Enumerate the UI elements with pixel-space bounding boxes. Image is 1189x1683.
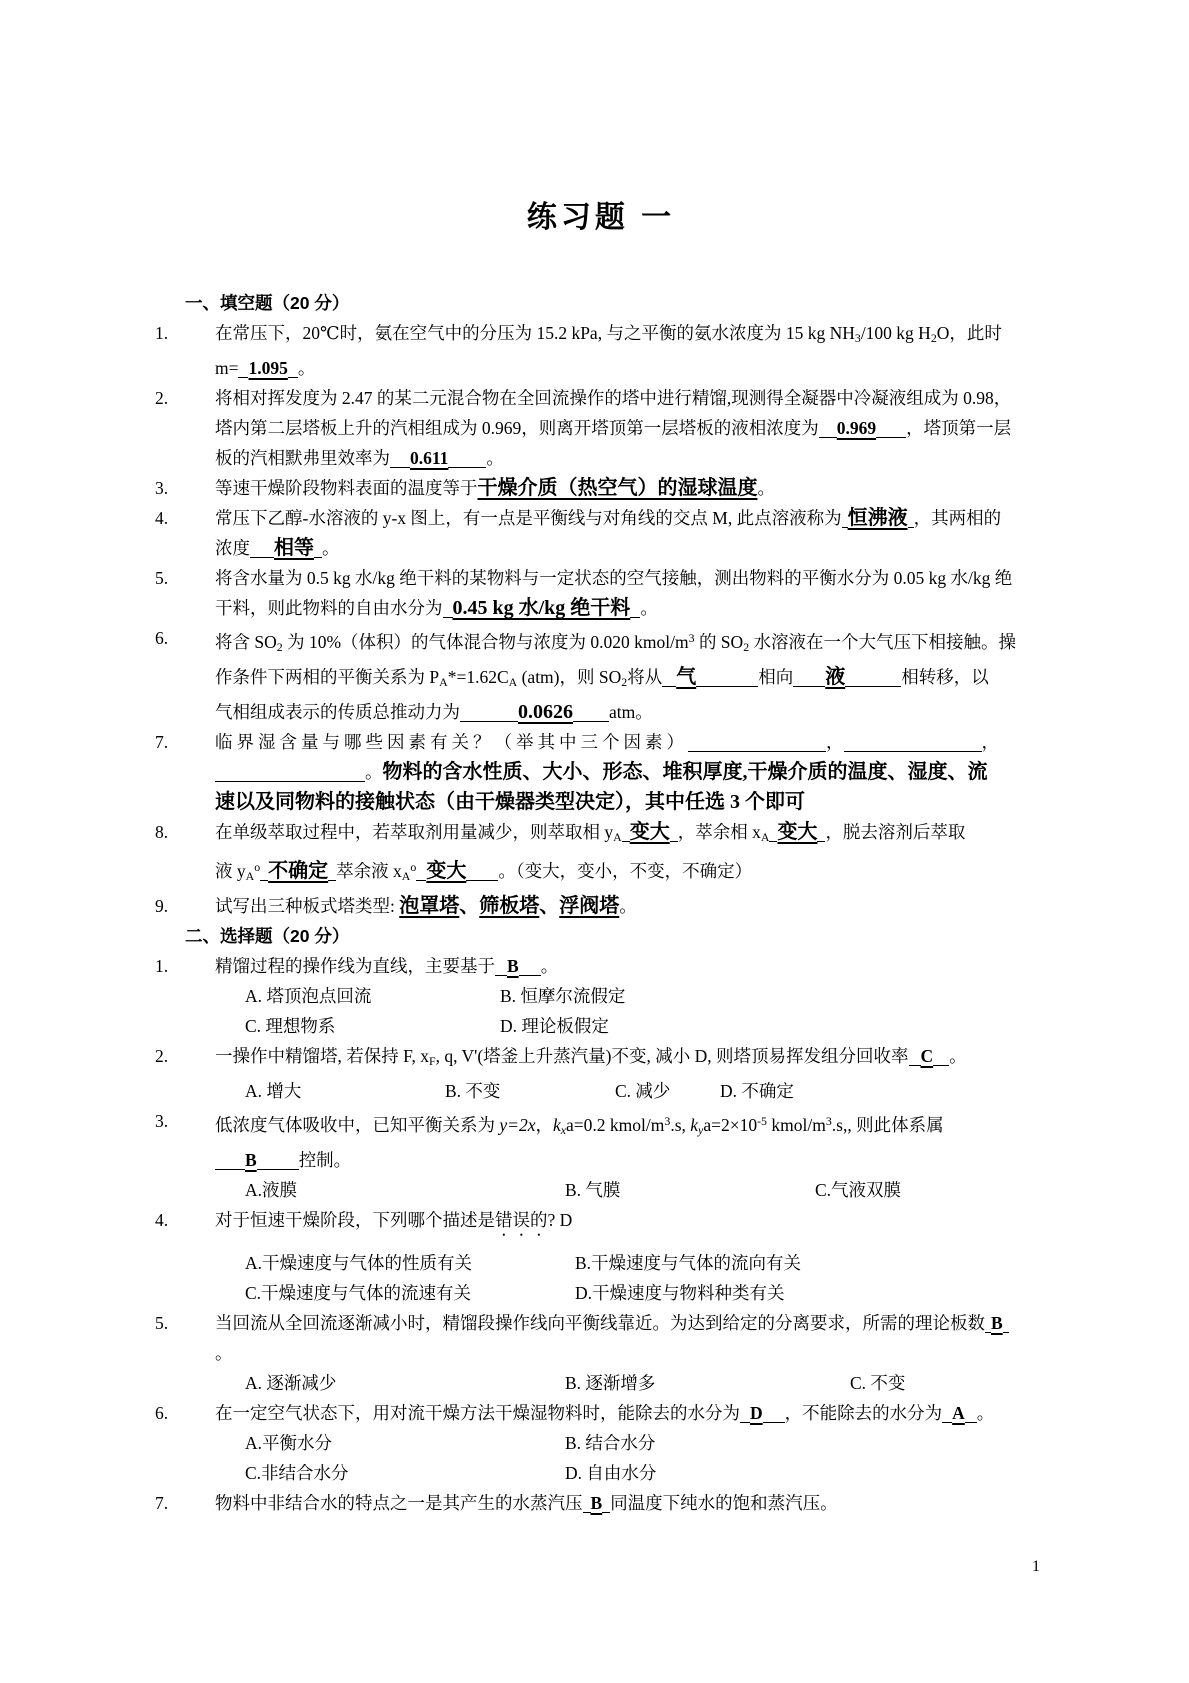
blank-line: [460, 703, 518, 722]
text-segment: 控制。: [299, 1150, 352, 1170]
text-line: 液 yAo不确定萃余液 xAo变大。（变大，变小，不变，不确定）: [215, 852, 1017, 891]
blank-line: [238, 359, 248, 378]
text-segment: 。: [977, 1403, 995, 1423]
option-item: B.干燥速度与气体的流向有关: [575, 1248, 801, 1278]
option-item: D. 理论板假定: [500, 1011, 609, 1041]
blank-line: [416, 862, 426, 881]
text-segment: 浓度: [215, 538, 250, 558]
blank-line: [845, 668, 901, 687]
question-number: 5.: [155, 563, 168, 593]
text-segment: 为 10%（体积）的气体混合物与浓度为 0.020 kmol/m: [283, 632, 689, 652]
text-segment: 速以及同物料的接触状态（由干燥器类型决定），其中任选 3 个即可: [215, 791, 805, 813]
text-segment: 错误的: [495, 1210, 548, 1230]
question-choice-4: 4.对于恒速干燥阶段，下列哪个描述是错误的? DA.干燥速度与气体的性质有关B.…: [185, 1205, 1017, 1308]
question-fill-4: 4.常压下乙醇-水溶液的 y-x 图上，有一点是平衡线与对角线的交点 M, 此点…: [185, 503, 1017, 563]
text-segment: ，萃余相 x: [678, 822, 761, 842]
answer-text: 液: [825, 666, 845, 688]
answer-text: B: [991, 1313, 1003, 1333]
question-choice-2: 2.一操作中精馏塔, 若保持 F, xF, q, V'(塔釜上升蒸汽量)不变, …: [185, 1041, 1017, 1106]
answer-text: 恒沸液: [848, 507, 908, 529]
blank-line: [328, 862, 336, 881]
text-segment: 的 SO: [695, 632, 744, 652]
option-item: D.干燥速度与物料种类有关: [575, 1278, 785, 1308]
question-number: 8.: [155, 817, 168, 847]
text-segment: /100 kg H: [861, 323, 931, 343]
blank-line: [443, 599, 453, 618]
question-number: 7.: [155, 727, 168, 757]
text-line: 在常压下，20℃时，氨在空气中的分压为 15.2 kPa, 与之平衡的氨水浓度为…: [215, 318, 1017, 353]
text-segment: 水溶液在一个大气压下相接触。操: [749, 632, 1016, 652]
answer-text: B: [245, 1150, 257, 1170]
text-segment: 将含 SO: [215, 632, 277, 652]
text-segment: ，: [535, 1115, 553, 1135]
page: 练习题 一 一、填空题（20 分）1.在常压下，20℃时，氨在空气中的分压为 1…: [0, 0, 1189, 1683]
text-segment: 。: [298, 358, 316, 378]
text-line: 常压下乙醇-水溶液的 y-x 图上，有一点是平衡线与对角线的交点 M, 此点溶液…: [215, 503, 1017, 533]
text-line: A. 增大B. 不变C. 减少D. 不确定: [215, 1076, 1017, 1106]
blank-line: [215, 1151, 245, 1170]
option-item: D. 不确定: [720, 1076, 794, 1106]
answer-text: 0.611: [410, 448, 448, 468]
text-line: 作条件下两相的平衡关系为 PA*=1.62CA (atm)，则 SO2将从气相向…: [215, 662, 1017, 697]
section-heading-choice-header: 二、选择题（20 分）: [185, 921, 1017, 951]
text-line: 板的汽相默弗里效率为0.611。: [215, 443, 1017, 473]
option-item: C.干燥速度与气体的流速有关: [245, 1278, 471, 1308]
answer-text: D: [750, 1403, 763, 1423]
text-segment: 干料，则此物料的自由水分为: [215, 598, 443, 618]
text-segment: 一操作中精馏塔, 若保持 F, x: [215, 1046, 429, 1066]
option-item: A.干燥速度与气体的性质有关: [245, 1248, 472, 1278]
question-choice-7: 7.物料中非结合水的特点之一是其产生的水蒸汽压B同温度下纯水的饱和蒸汽压。: [185, 1488, 1017, 1518]
text-line: A.平衡水分B. 结合水分: [215, 1428, 1017, 1458]
text-segment: m=: [215, 358, 238, 378]
blank-line: [696, 668, 758, 687]
text-segment: 精馏过程的操作线为直线，主要基于: [215, 956, 495, 976]
question-number: 4.: [155, 503, 168, 533]
question-number: 3.: [155, 1106, 168, 1136]
text-line: 低浓度气体吸收中，已知平衡关系为 y=2x，kxa=0.2 kmol/m3.s,…: [215, 1106, 1017, 1145]
text-line: 在单级萃取过程中，若萃取剂用量减少，则萃取相 yA变大，萃余相 xA变大，脱去溶…: [215, 817, 1017, 852]
text-line: 对于恒速干燥阶段，下列哪个描述是错误的? D: [215, 1205, 1017, 1240]
question-number: 1.: [155, 951, 168, 981]
text-segment: 。（变大，变小，不变，不确定）: [498, 861, 752, 881]
question-number: 6.: [155, 1398, 168, 1428]
text-segment: 临界湿含量与哪些因素有关？（举其中三个因素）: [215, 732, 688, 752]
text-segment: 。: [758, 478, 776, 498]
text-segment: , q, V'(塔釜上升蒸汽量)不变, 减小 D, 则塔顶易挥发组分回收率: [436, 1046, 909, 1066]
option-item: A. 逐渐减少: [245, 1368, 336, 1398]
page-title: 练习题 一: [185, 192, 1017, 236]
blank-line: [288, 359, 298, 378]
text-line: 在一定空气状态下，用对流干燥方法干燥湿物料时，能除去的水分为D，不能除去的水分为…: [215, 1398, 1017, 1428]
text-segment: 物料中非结合水的特点之一是其产生的水蒸汽压: [215, 1493, 583, 1513]
text-segment: ，不能除去的水分为: [785, 1403, 943, 1423]
blank-line: [390, 449, 410, 468]
text-segment: 气相组成表示的传质总推动力为: [215, 702, 460, 722]
question-choice-5: 5.当回流从全回流逐渐减小时，精馏段操作线向平衡线靠近。为达到给定的分离要求，所…: [185, 1308, 1017, 1398]
option-item: B. 逐渐增多: [565, 1368, 655, 1398]
blank-line: [793, 668, 825, 687]
text-line: A. 逐渐减少B. 逐渐增多C. 不变: [215, 1368, 1017, 1398]
text-line: 等速干燥阶段物料表面的温度等于干燥介质（热空气）的湿球温度。: [215, 473, 1017, 503]
blank-line: [250, 539, 274, 558]
text-segment: 在常压下，20℃时，氨在空气中的分压为 15.2 kPa, 与之平衡的氨水浓度为…: [215, 323, 855, 343]
page-number: 1: [1032, 1558, 1040, 1576]
question-fill-2: 2.将相对挥发度为 2.47 的某二元混合物在全回流操作的塔中进行精馏,现测得全…: [185, 383, 1017, 473]
option-item: B. 气膜: [565, 1175, 620, 1205]
blank-line: [670, 823, 678, 842]
blank-line: [630, 599, 640, 618]
text-segment: ，塔顶第一层: [906, 418, 1011, 438]
text-segment: 等速干燥阶段物料表面的温度等于: [215, 478, 478, 498]
text-line: m=1.095。: [215, 353, 1017, 383]
question-number: 7.: [155, 1488, 168, 1518]
text-segment: k: [690, 1115, 698, 1135]
text-segment: A: [246, 869, 255, 883]
question-number: 9.: [155, 891, 168, 921]
blank-line: [314, 539, 322, 558]
blank-line: [519, 957, 541, 976]
question-fill-3: 3.等速干燥阶段物料表面的温度等于干燥介质（热空气）的湿球温度。: [185, 473, 1017, 503]
text-line: 将含 SO2 为 10%（体积）的气体混合物与浓度为 0.020 kmol/m3…: [215, 623, 1017, 662]
option-item: D. 自由水分: [565, 1458, 656, 1488]
text-line: 临界湿含量与哪些因素有关？（举其中三个因素），，: [215, 727, 1017, 757]
answer-text: 变大: [777, 821, 817, 843]
text-line: C.非结合水分D. 自由水分: [215, 1458, 1017, 1488]
text-segment: 萃余液 x: [336, 861, 402, 881]
text-segment: 板的汽相默弗里效率为: [215, 448, 390, 468]
text-segment: 。: [949, 1046, 967, 1066]
blank-line: [819, 419, 837, 438]
text-segment: 、: [459, 895, 479, 917]
option-item: C.气液双膜: [815, 1175, 901, 1205]
text-segment: 试写出三种板式塔类型:: [215, 896, 399, 916]
answer-text: 不确定: [268, 860, 328, 882]
option-item: C. 不变: [850, 1368, 905, 1398]
answer-text: B: [591, 1493, 603, 1513]
blank-line: [466, 862, 498, 881]
text-segment: *=1.62C: [448, 667, 509, 687]
text-segment: 当回流从全回流逐渐减小时，精馏段操作线向平衡线靠近。为达到给定的分离要求，所需的…: [215, 1313, 985, 1333]
text-segment: -5: [757, 1114, 767, 1128]
text-line: A.液膜B. 气膜C.气液双膜: [215, 1175, 1017, 1205]
text-line: C. 理想物系D. 理论板假定: [215, 1011, 1017, 1041]
text-line: 一操作中精馏塔, 若保持 F, xF, q, V'(塔釜上升蒸汽量)不变, 减小…: [215, 1041, 1017, 1076]
text-segment: ，脱去溶剂后萃取: [825, 822, 965, 842]
answer-text: C: [921, 1046, 934, 1066]
text-segment: ，: [826, 732, 844, 752]
text-segment: kmol/m: [767, 1115, 826, 1135]
text-segment: .s,, 则此体系属: [832, 1115, 944, 1135]
blank-line: [215, 763, 365, 782]
text-segment: y=2x: [499, 1115, 535, 1135]
text-segment: 。: [365, 762, 383, 782]
answer-text: 变大: [426, 860, 466, 882]
text-segment: 相转移，以: [901, 667, 989, 687]
question-fill-9: 9.试写出三种板式塔类型: 泡罩塔、筛板塔、浮阀塔。: [185, 891, 1017, 921]
question-choice-6: 6.在一定空气状态下，用对流干燥方法干燥湿物料时，能除去的水分为D，不能除去的水…: [185, 1398, 1017, 1488]
text-line: 干料，则此物料的自由水分为0.45 kg 水/kg 绝干料。: [215, 593, 1017, 623]
text-segment: a=0.2 kmol/m: [566, 1115, 664, 1135]
text-segment: 。: [541, 956, 559, 976]
section-heading-fill-header: 一、填空题（20 分）: [185, 288, 1017, 318]
answer-text: 变大: [630, 821, 670, 843]
option-item: B. 不变: [445, 1076, 500, 1106]
blank-line: [688, 733, 826, 752]
text-line: 将含水量为 0.5 kg 水/kg 绝干料的某物料与一定状态的空气接触，测出物料…: [215, 563, 1017, 593]
text-segment: 相向: [758, 667, 793, 687]
text-segment: ，其两相的: [914, 508, 1002, 528]
answer-text: 筛板塔: [479, 895, 539, 917]
text-segment: A: [439, 675, 448, 689]
question-number: 3.: [155, 473, 168, 503]
text-line: 浓度相等。: [215, 533, 1017, 563]
question-number: 5.: [155, 1308, 168, 1338]
blank-line: [909, 1047, 921, 1066]
blank-line: [740, 1404, 750, 1423]
text-segment: 在一定空气状态下，用对流干燥方法干燥湿物料时，能除去的水分为: [215, 1403, 740, 1423]
question-number: 6.: [155, 623, 168, 653]
answer-text: 0.45 kg 水/kg 绝干料: [453, 597, 631, 619]
text-segment: A: [613, 830, 622, 844]
option-item: A.平衡水分: [245, 1428, 332, 1458]
blank-line: [965, 1404, 977, 1423]
blank-line: [662, 668, 676, 687]
text-line: C.干燥速度与气体的流速有关D.干燥速度与物料种类有关: [215, 1278, 1017, 1308]
blank-line: [602, 1494, 610, 1513]
blank-line: [583, 1494, 591, 1513]
text-segment: O，此时: [937, 323, 1002, 343]
option-item: A. 塔顶泡点回流: [245, 981, 371, 1011]
text-segment: 同温度下纯水的饱和蒸汽压。: [610, 1493, 838, 1513]
blank-line: [495, 957, 507, 976]
blank-line: [257, 1151, 299, 1170]
text-line: 当回流从全回流逐渐减小时，精馏段操作线向平衡线靠近。为达到给定的分离要求，所需的…: [215, 1308, 1017, 1368]
answer-text: A: [952, 1403, 965, 1423]
text-segment: 。: [215, 1343, 233, 1363]
text-segment: a=2×10: [703, 1115, 757, 1135]
text-segment: k: [553, 1115, 561, 1135]
text-segment: 将相对挥发度为 2.47 的某二元混合物在全回流操作的塔中进行精馏,现测得全凝器…: [215, 388, 1011, 408]
blank-line: [933, 1047, 949, 1066]
text-segment: 将含水量为 0.5 kg 水/kg 绝干料的某物料与一定状态的空气接触，测出物料…: [215, 568, 1012, 588]
answer-text: 泡罩塔: [399, 895, 459, 917]
text-line: 精馏过程的操作线为直线，主要基于B。: [215, 951, 1017, 981]
text-line: B控制。: [215, 1145, 1017, 1175]
question-fill-7: 7.临界湿含量与哪些因素有关？（举其中三个因素），，。物料的含水性质、大小、形态…: [185, 727, 1017, 817]
question-fill-8: 8.在单级萃取过程中，若萃取剂用量减少，则萃取相 yA变大，萃余相 xA变大，脱…: [185, 817, 1017, 891]
text-line: 气相组成表示的传质总推动力为0.0626atm。: [215, 697, 1017, 727]
question-fill-6: 6.将含 SO2 为 10%（体积）的气体混合物与浓度为 0.020 kmol/…: [185, 623, 1017, 727]
option-item: C. 理想物系: [245, 1011, 335, 1041]
option-item: C.非结合水分: [245, 1458, 349, 1488]
text-segment: 在单级萃取过程中，若萃取剂用量减少，则萃取相 y: [215, 822, 613, 842]
answer-text: 干燥介质（热空气）的湿球温度: [478, 477, 758, 499]
text-line: 试写出三种板式塔类型: 泡罩塔、筛板塔、浮阀塔。: [215, 891, 1017, 921]
blank-line: [876, 419, 906, 438]
answer-text: 1.095: [248, 358, 287, 378]
answer-text: 浮阀塔: [559, 895, 619, 917]
text-segment: A: [509, 675, 518, 689]
text-segment: 对于恒速干燥阶段，下列哪个描述是: [215, 1210, 495, 1230]
text-segment: F: [429, 1054, 436, 1068]
text-line: 。物料的含水性质、大小、形态、堆积厚度,干燥介质的温度、湿度、流: [215, 757, 1017, 787]
blank-line: [1003, 1314, 1009, 1333]
answer-text: 0.969: [837, 418, 876, 438]
question-fill-5: 5.将含水量为 0.5 kg 水/kg 绝干料的某物料与一定状态的空气接触，测出…: [185, 563, 1017, 623]
option-item: A.液膜: [245, 1175, 297, 1205]
option-item: C. 减少: [615, 1076, 670, 1106]
text-segment: 低浓度气体吸收中，已知平衡关系为: [215, 1115, 499, 1135]
text-segment: (atm)，则 SO: [517, 667, 621, 687]
blank-line: [573, 703, 609, 722]
question-number: 4.: [155, 1205, 168, 1235]
text-segment: atm。: [609, 702, 653, 722]
text-segment: 。: [322, 538, 340, 558]
text-segment: 、: [539, 895, 559, 917]
text-line: A.干燥速度与气体的性质有关B.干燥速度与气体的流向有关: [215, 1248, 1017, 1278]
text-line: 物料中非结合水的特点之一是其产生的水蒸汽压B同温度下纯水的饱和蒸汽压。: [215, 1488, 1017, 1518]
text-segment: 液 y: [215, 861, 246, 881]
text-segment: 。: [486, 448, 504, 468]
question-number: 2.: [155, 1041, 168, 1071]
answer-text: B: [507, 956, 519, 976]
text-segment: ? D: [548, 1210, 573, 1230]
blank-line: [260, 862, 268, 881]
option-item: B. 恒摩尔流假定: [500, 981, 625, 1011]
question-choice-1: 1.精馏过程的操作线为直线，主要基于B。A. 塔顶泡点回流B. 恒摩尔流假定C.…: [185, 951, 1017, 1041]
text-segment: 。: [619, 896, 637, 916]
option-item: B. 结合水分: [565, 1428, 655, 1458]
text-line: 速以及同物料的接触状态（由干燥器类型决定），其中任选 3 个即可: [215, 787, 1017, 817]
question-fill-1: 1.在常压下，20℃时，氨在空气中的分压为 15.2 kPa, 与之平衡的氨水浓…: [185, 318, 1017, 383]
answer-text: 0.0626: [518, 701, 573, 723]
text-line: A. 塔顶泡点回流B. 恒摩尔流假定: [215, 981, 1017, 1011]
document-body: 练习题 一 一、填空题（20 分）1.在常压下，20℃时，氨在空气中的分压为 1…: [185, 192, 1017, 1518]
blank-line: [844, 733, 982, 752]
blank-line: [448, 449, 486, 468]
text-segment: 常压下乙醇-水溶液的 y-x 图上，有一点是平衡线与对角线的交点 M, 此点溶液…: [215, 508, 842, 528]
text-segment: 。: [640, 598, 658, 618]
text-segment: ，: [982, 732, 1000, 752]
text-segment: 物料的含水性质、大小、形态、堆积厚度,干燥介质的温度、湿度、流: [383, 761, 988, 783]
text-segment: 作条件下两相的平衡关系为 P: [215, 667, 439, 687]
blank-line: [622, 823, 630, 842]
text-line: 塔内第二层塔板上升的汽相组成为 0.969，则离开塔顶第一层塔板的液相浓度为0.…: [215, 413, 1017, 443]
option-item: A. 增大: [245, 1076, 301, 1106]
blank-line: [763, 1404, 785, 1423]
question-number: 1.: [155, 318, 168, 348]
text-segment: A: [761, 830, 770, 844]
question-number: 2.: [155, 383, 168, 413]
text-line: 将相对挥发度为 2.47 的某二元混合物在全回流操作的塔中进行精馏,现测得全凝器…: [215, 383, 1017, 413]
answer-text: 气: [676, 666, 696, 688]
text-segment: 塔内第二层塔板上升的汽相组成为 0.969，则离开塔顶第一层塔板的液相浓度为: [215, 418, 819, 438]
answer-text: 相等: [274, 537, 314, 559]
question-choice-3: 3.低浓度气体吸收中，已知平衡关系为 y=2x，kxa=0.2 kmol/m3.…: [185, 1106, 1017, 1205]
text-segment: 将从: [627, 667, 662, 687]
blank-line: [942, 1404, 952, 1423]
text-segment: .s,: [670, 1115, 690, 1135]
